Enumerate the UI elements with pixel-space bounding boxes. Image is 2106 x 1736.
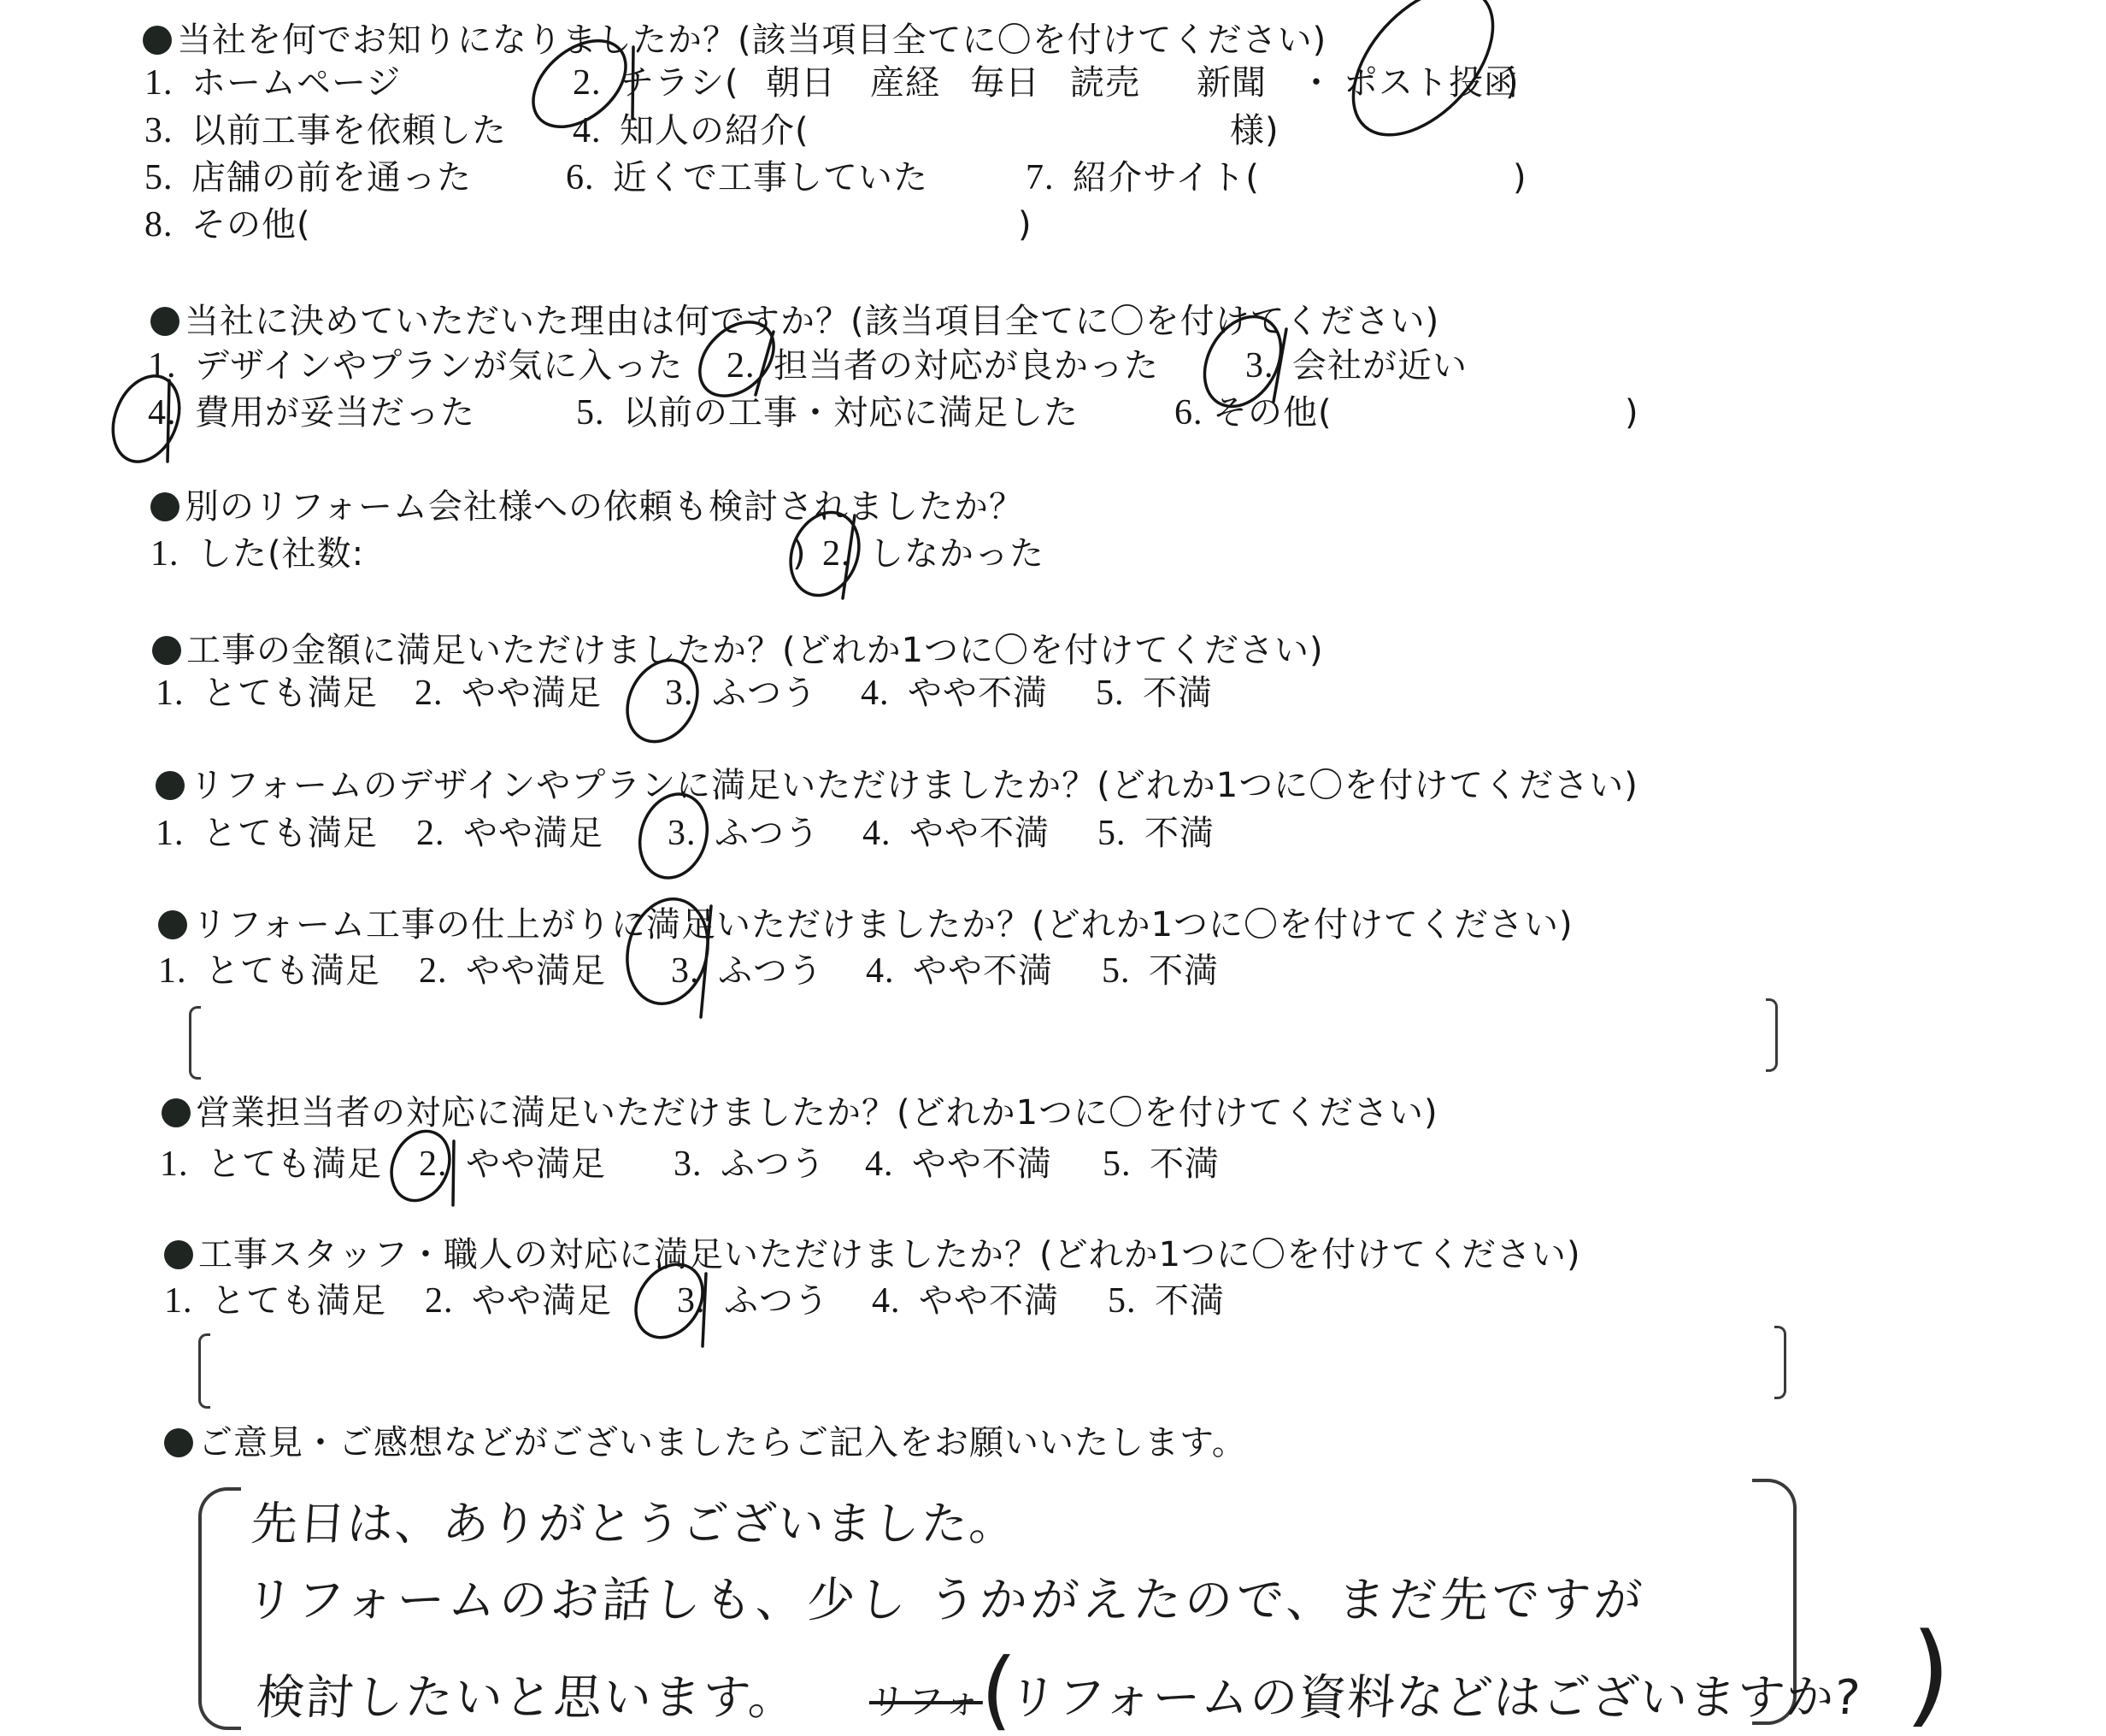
q4-option-4: 4.やや不満 bbox=[861, 674, 1048, 713]
option-number: 4. bbox=[861, 674, 908, 713]
q5-option-2: 2.やや満足 bbox=[416, 814, 603, 853]
option-number: 1. bbox=[158, 951, 205, 991]
question-4-heading: 工事の金額に満足いただけましたか？(どれか1つに〇を付けてください) bbox=[152, 631, 1324, 670]
option-label: とても満足 bbox=[203, 674, 378, 713]
option-label: とても満足 bbox=[207, 1145, 382, 1184]
q2-option-6: 6. その他( bbox=[1174, 393, 1332, 433]
company-count-close-paren: ) bbox=[792, 534, 807, 574]
flyer-media-newspaper: 新聞 bbox=[1197, 63, 1267, 103]
option-label: 担当者の対応が良かった bbox=[774, 346, 1159, 385]
option-label: 不満 bbox=[1150, 1145, 1220, 1184]
option-label: 不満 bbox=[1155, 1281, 1225, 1321]
option-label: 以前工事を依頼した bbox=[191, 111, 507, 150]
option-number: 2. bbox=[822, 534, 869, 574]
option-label: その他( bbox=[1213, 393, 1332, 433]
option-label: 店舗の前を通った bbox=[191, 158, 472, 197]
option-number: 2. bbox=[415, 674, 462, 713]
option-label: とても満足 bbox=[211, 1281, 386, 1321]
option-label: 知人の紹介( bbox=[620, 111, 809, 150]
q1-option-2: 2. チラシ( bbox=[573, 63, 739, 103]
q8-option-1: 1.とても満足 bbox=[164, 1281, 386, 1321]
q5-option-5: 5.不満 bbox=[1097, 814, 1215, 853]
q1-option-4: 4. 知人の紹介( bbox=[573, 111, 809, 150]
handwritten-struck-text: リフォ bbox=[868, 1672, 985, 1732]
bullet-icon bbox=[162, 1098, 191, 1127]
option-label: とても満足 bbox=[205, 951, 380, 991]
q4-option-3: 3.ふつう bbox=[665, 674, 817, 713]
q8-option-3: 3.ふつう bbox=[677, 1281, 829, 1321]
q2-option-5: 5. 以前の工事・対応に満足した bbox=[576, 393, 1079, 433]
q8-option-5: 5.不満 bbox=[1108, 1281, 1225, 1321]
q7-option-5: 5.不満 bbox=[1103, 1145, 1220, 1184]
q4-option-2: 2.やや満足 bbox=[415, 674, 602, 713]
option-number: 4. bbox=[148, 393, 195, 433]
q7-option-1: 1.とても満足 bbox=[160, 1145, 382, 1184]
question-6-title: リフォーム工事の仕上がりに満足いただけましたか？(どれか1つに〇を付けてください… bbox=[192, 905, 1574, 945]
option-label: 近くで工事していた bbox=[613, 158, 928, 197]
option-label: ふつう bbox=[712, 674, 817, 713]
q6-option-4: 4.やや不満 bbox=[866, 951, 1053, 991]
question-2-title: 当社に決めていただいた理由は何ですか？(該当項目全てに〇を付けてください) bbox=[185, 302, 1439, 341]
question-6-heading: リフォーム工事の仕上がりに満足いただけましたか？(どれか1つに〇を付けてください… bbox=[158, 905, 1574, 945]
option-label: デザインやプランが気に入った bbox=[195, 346, 683, 385]
q4-option-1: 1.とても満足 bbox=[156, 674, 378, 713]
option-label: ホームページ bbox=[191, 63, 401, 103]
option-number: 6. bbox=[1174, 393, 1213, 433]
handwritten-marks-layer bbox=[0, 0, 2106, 1736]
q6-option-2: 2.やや満足 bbox=[419, 951, 606, 991]
option-number: 4. bbox=[865, 1145, 912, 1184]
question-5-heading: リフォームのデザインやプランに満足いただけましたか？(どれか1つに〇を付けてくだ… bbox=[156, 766, 1638, 805]
q8-option-2: 2.やや満足 bbox=[425, 1281, 612, 1321]
option-number: 3. bbox=[668, 814, 715, 853]
option-label: ふつう bbox=[724, 1281, 829, 1321]
option-label: 費用が妥当だった bbox=[195, 393, 475, 433]
handwritten-line-2: リフォームのお話しも、少し うかがえたので、まだ先ですが bbox=[244, 1571, 1648, 1631]
bullet-icon bbox=[158, 910, 187, 939]
q8-comment-value bbox=[231, 1351, 1752, 1390]
site-close-paren: ) bbox=[1513, 158, 1527, 197]
option-label: やや不満 bbox=[908, 674, 1048, 713]
option-label: やや不満 bbox=[909, 814, 1050, 853]
question-9-title: ご意見・ご感想などがございましたらご記入をお願いいたします。 bbox=[198, 1423, 1247, 1462]
option-label: ふつう bbox=[721, 1145, 826, 1184]
question-7-title: 営業担当者の対応に満足いただけましたか？(どれか1つに〇を付けてください) bbox=[196, 1093, 1438, 1133]
comment-box-left-bracket bbox=[198, 1487, 241, 1730]
q1-option-8: 8. その他( bbox=[144, 205, 311, 244]
flyer-close-paren: ) bbox=[1505, 63, 1520, 103]
option-number: 3. bbox=[674, 1145, 721, 1184]
q7-option-2: 2.やや満足 bbox=[419, 1145, 606, 1184]
option-number: 5. bbox=[1102, 951, 1149, 991]
q5-option-1: 1.とても満足 bbox=[156, 814, 378, 853]
option-label: やや不満 bbox=[912, 1145, 1052, 1184]
option-label: とても満足 bbox=[203, 814, 378, 853]
other-close-paren: ) bbox=[1018, 205, 1032, 244]
question-8-title: 工事スタッフ・職人の対応に満足いただけましたか？(どれか1つに〇を付けてください… bbox=[198, 1235, 1581, 1274]
handwritten-close-paren: ) bbox=[1903, 1614, 1956, 1733]
question-7-heading: 営業担当者の対応に満足いただけましたか？(どれか1つに〇を付けてください) bbox=[162, 1093, 1438, 1133]
q1-option-6: 6. 近くで工事していた bbox=[566, 158, 928, 197]
option-number: 4. bbox=[872, 1281, 919, 1321]
q1-option-7: 7. 紹介サイト( bbox=[1026, 158, 1260, 197]
option-label: 不満 bbox=[1143, 674, 1213, 713]
option-label: やや満足 bbox=[462, 674, 602, 713]
option-number: 5. bbox=[1103, 1145, 1150, 1184]
option-number: 8. bbox=[144, 205, 191, 244]
option-number: 1. bbox=[148, 346, 195, 385]
question-2-heading: 当社に決めていただいた理由は何ですか？(該当項目全てに〇を付けてください) bbox=[150, 302, 1439, 341]
option-number: 4. bbox=[866, 951, 913, 991]
question-1-heading: 当社を何でお知りになりましたか？(該当項目全てに〇を付けてください) bbox=[143, 21, 1327, 60]
other-close-paren: ) bbox=[1625, 393, 1639, 433]
q3-option-2: 2. しなかった bbox=[822, 534, 1044, 574]
bullet-icon bbox=[150, 307, 179, 336]
bullet-icon bbox=[164, 1428, 193, 1457]
option-label: しなかった bbox=[869, 534, 1044, 574]
option-number: 2. bbox=[416, 814, 463, 853]
flyer-media-post: ポスト投函 bbox=[1344, 63, 1519, 103]
q8-comment-box-left-bracket bbox=[198, 1333, 210, 1409]
option-label: やや不満 bbox=[919, 1281, 1059, 1321]
option-number: 2. bbox=[419, 951, 466, 991]
handwritten-question: リフォームの資料などはございますか? bbox=[1007, 1668, 1863, 1728]
option-number: 1. bbox=[156, 814, 203, 853]
q6-option-1: 1.とても満足 bbox=[158, 951, 380, 991]
bullet-icon bbox=[164, 1240, 193, 1269]
option-number: 5. bbox=[144, 158, 191, 197]
bullet-icon bbox=[150, 492, 179, 521]
flyer-media-sankei: 産経 bbox=[870, 63, 940, 103]
q6-option-5: 5.不満 bbox=[1102, 951, 1219, 991]
option-label: やや満足 bbox=[463, 814, 603, 853]
q5-option-3: 3.ふつう bbox=[668, 814, 820, 853]
q1-option-1: 1. ホームページ bbox=[144, 63, 401, 103]
option-label: 以前の工事・対応に満足した bbox=[623, 393, 1079, 433]
option-label: チラシ( bbox=[620, 63, 739, 103]
option-number: 1. bbox=[160, 1145, 207, 1184]
option-label: した(社数: bbox=[197, 534, 364, 574]
option-label: ふつう bbox=[715, 814, 820, 853]
bullet-icon bbox=[152, 636, 181, 665]
q7-option-3: 3.ふつう bbox=[674, 1145, 826, 1184]
q2-option-2: 2. 担当者の対応が良かった bbox=[727, 346, 1159, 385]
question-8-heading: 工事スタッフ・職人の対応に満足いただけましたか？(どれか1つに〇を付けてください… bbox=[164, 1235, 1581, 1274]
question-9-heading: ご意見・ご感想などがございましたらご記入をお願いいたします。 bbox=[164, 1423, 1247, 1462]
option-number: 3. bbox=[677, 1281, 724, 1321]
q5-option-4: 4.やや不満 bbox=[862, 814, 1050, 853]
option-number: 3. bbox=[1245, 346, 1292, 385]
bullet-icon bbox=[143, 26, 172, 55]
q8-comment-box-right-bracket bbox=[1774, 1326, 1786, 1399]
bullet-icon bbox=[156, 771, 185, 800]
q6-comment-box-right-bracket bbox=[1766, 998, 1778, 1072]
option-number: 2. bbox=[573, 63, 620, 103]
option-number: 1. bbox=[156, 674, 203, 713]
option-label: やや満足 bbox=[466, 951, 606, 991]
q3-option-1: 1. した(社数: bbox=[150, 534, 364, 574]
option-number: 5. bbox=[1108, 1281, 1155, 1321]
option-number: 5. bbox=[1097, 814, 1144, 853]
option-label: 会社が近い bbox=[1292, 346, 1468, 385]
option-label: ふつう bbox=[718, 951, 823, 991]
referral-suffix: 様) bbox=[1230, 111, 1279, 150]
option-label: その他( bbox=[191, 205, 311, 244]
handwritten-line-3: 検討したいと思います。 bbox=[255, 1668, 800, 1728]
option-label: やや不満 bbox=[913, 951, 1053, 991]
option-number: 7. bbox=[1026, 158, 1073, 197]
q2-option-4: 4. 費用が妥当だった bbox=[148, 393, 475, 433]
question-1-title: 当社を何でお知りになりましたか？(該当項目全てに〇を付けてください) bbox=[177, 21, 1327, 60]
option-number: 2. bbox=[425, 1281, 472, 1321]
q1-option-3: 3. 以前工事を依頼した bbox=[144, 111, 507, 150]
question-5-title: リフォームのデザインやプランに満足いただけましたか？(どれか1つに〇を付けてくだ… bbox=[190, 766, 1638, 805]
q7-option-4: 4.やや不満 bbox=[865, 1145, 1052, 1184]
q2-option-3: 3. 会社が近い bbox=[1245, 346, 1468, 385]
flyer-media-asahi: 朝日 bbox=[766, 63, 836, 103]
flyer-media-yomiuri: 読売 bbox=[1070, 63, 1140, 103]
question-4-title: 工事の金額に満足いただけましたか？(どれか1つに〇を付けてください) bbox=[186, 631, 1324, 670]
option-label: 不満 bbox=[1144, 814, 1215, 853]
option-label: 紹介サイト( bbox=[1073, 158, 1260, 197]
customer-survey-page: 当社を何でお知りになりましたか？(該当項目全てに〇を付けてください) 1. ホー… bbox=[0, 0, 2106, 1736]
option-number: 6. bbox=[566, 158, 613, 197]
flyer-media-mainichi: 毎日 bbox=[970, 63, 1040, 103]
option-number: 3. bbox=[144, 111, 191, 150]
question-3-heading: 別のリフォーム会社様への依頼も検討されましたか？ bbox=[150, 487, 1024, 527]
option-label: やや満足 bbox=[472, 1281, 612, 1321]
option-number: 2. bbox=[727, 346, 774, 385]
option-number: 1. bbox=[164, 1281, 211, 1321]
q6-comment-box-left-bracket bbox=[189, 1006, 201, 1080]
q1-option-5: 5. 店舗の前を通った bbox=[144, 158, 472, 197]
option-number: 1. bbox=[144, 63, 191, 103]
question-3-title: 別のリフォーム会社様への依頼も検討されましたか？ bbox=[185, 487, 1024, 527]
option-number: 2. bbox=[419, 1145, 466, 1184]
q8-option-4: 4.やや不満 bbox=[872, 1281, 1059, 1321]
q2-option-1: 1. デザインやプランが気に入った bbox=[148, 346, 683, 385]
flyer-media-separator: ・ bbox=[1299, 63, 1334, 103]
q6-comment-value bbox=[222, 1023, 1744, 1062]
option-number: 4. bbox=[573, 111, 620, 150]
q4-option-5: 5.不満 bbox=[1096, 674, 1213, 713]
option-number: 1. bbox=[150, 534, 197, 574]
option-number: 3. bbox=[671, 951, 718, 991]
option-number: 5. bbox=[576, 393, 623, 433]
q6-option-3: 3.ふつう bbox=[671, 951, 823, 991]
option-number: 4. bbox=[862, 814, 909, 853]
option-label: やや満足 bbox=[466, 1145, 606, 1184]
option-number: 3. bbox=[665, 674, 712, 713]
handwritten-line-1: 先日は、ありがとうございました。 bbox=[250, 1494, 1020, 1554]
option-label: 不満 bbox=[1149, 951, 1219, 991]
option-number: 5. bbox=[1096, 674, 1143, 713]
